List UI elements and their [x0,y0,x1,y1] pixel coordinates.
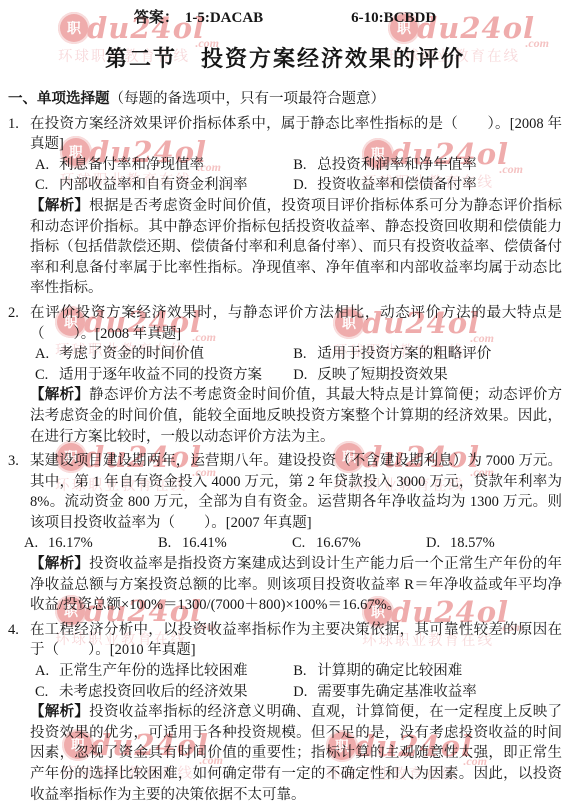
option-text: 未考虑投资回收后的经济效果 [59,684,248,700]
option-key: A. [35,344,59,365]
analysis-text: 根据是否考虑资金时间价值，投资项目评价指标体系可分为静态评价指标和动态评价指标。… [30,198,562,296]
option-text: 适用于逐年收益不同的投资方案 [59,367,262,383]
option-text: 16.17% [48,535,93,551]
answer-key-line: 答案：1-5:DACAB 6-10:BCBDD [8,8,562,28]
option-c: C.16.67% [292,533,426,554]
option-text: 16.41% [182,535,227,551]
analysis-label: 【解析】 [30,556,89,572]
option-key: B. [293,661,317,682]
option-key: C. [35,682,59,703]
option-a: A.正常生产年份的选择比较困难 [35,661,293,682]
analysis-label: 【解析】 [30,198,89,214]
option-key: D. [426,533,450,554]
analysis-paragraph: 【解析】投资收益率是指投资方案建成达到设计生产能力后一个正常生产年份的年净收益总… [30,554,562,616]
option-key: A. [24,533,48,554]
option-text: 计算期的确定比较困难 [317,663,462,679]
options-grid: A.考虑了资金的时间价值 B.适用于投资方案的粗略评价 C.适用于逐年收益不同的… [30,344,562,385]
analysis-label: 【解析】 [30,387,89,403]
section-heading: 一、单项选择题（每题的备选项中，只有一项最符合题意） [8,89,562,110]
option-key: D. [293,175,317,196]
option-key: D. [293,682,317,703]
option-c: C.未考虑投资回收后的经济效果 [35,682,293,703]
options-grid: A.利息备付率和净现值率 B.总投资利润率和净年值率 C.内部收益率和自有资金利… [30,155,562,196]
option-b: B.计算期的确定比较困难 [293,661,562,682]
option-a: A.16.17% [24,533,158,554]
option-text: 投资收益率和偿债备付率 [317,177,477,193]
analysis-paragraph: 【解析】静态评价方法不考虑资金时间价值，其最大特点是计算简便；动态评价方法考虑资… [30,385,562,447]
question-2: 2. 在评价投资方案经济效果时，与静态评价方法相比，动态评价方法的最大特点是（ … [8,303,562,447]
option-key: A. [35,155,59,176]
answer-key-range-1: 1-5:DACAB [185,8,263,28]
option-a: A.利息备付率和净现值率 [35,155,293,176]
option-text: 总投资利润率和净年值率 [317,157,477,173]
option-b: B.16.41% [158,533,292,554]
analysis-paragraph: 【解析】根据是否考虑资金时间价值，投资项目评价指标体系可分为静态评价指标和动态评… [30,196,562,299]
option-a: A.考虑了资金的时间价值 [35,344,293,365]
analysis-text: 静态评价方法不考虑资金时间价值，其最大特点是计算简便；动态评价方法考虑资金的时间… [30,387,562,444]
option-text: 正常生产年份的选择比较困难 [59,663,248,679]
question-stem: 某建设项目建设期两年，运营期八年。建设投资（不含建设期利息）为 7000 万元。… [30,451,562,533]
section-heading-note: （每题的备选项中，只有一项最符合题意） [110,91,386,107]
option-text: 18.57% [450,535,495,551]
option-b: B.适用于投资方案的粗略评价 [293,344,562,365]
analysis-label: 【解析】 [30,704,89,720]
option-c: C.内部收益率和自有资金利润率 [35,175,293,196]
option-key: D. [293,365,317,386]
analysis-paragraph: 【解析】投资收益率指标的经济意义明确、直观，计算简便，在一定程度上反映了投资效果… [30,702,562,805]
question-3: 3. 某建设项目建设期两年，运营期八年。建设投资（不含建设期利息）为 7000 … [8,451,562,616]
option-key: C. [35,175,59,196]
answer-key-range-2: 6-10:BCBDD [351,8,436,28]
analysis-text: 投资收益率是指投资方案建成达到设计生产能力后一个正常生产年份的年净收益总额与方案… [30,556,562,613]
exam-document-page: 答案：1-5:DACAB 6-10:BCBDD 第二节 投资方案经济效果的评价 … [0,0,570,805]
options-grid: A.正常生产年份的选择比较困难 B.计算期的确定比较困难 C.未考虑投资回收后的… [30,661,562,702]
question-number: 2. [8,303,30,447]
question-number: 4. [8,620,30,805]
option-text: 考虑了资金的时间价值 [59,346,204,362]
option-text: 反映了短期投资效果 [317,367,448,383]
option-key: B. [293,344,317,365]
option-d: D.需要事先确定基准收益率 [293,682,562,703]
option-d: D.反映了短期投资效果 [293,365,562,386]
option-text: 适用于投资方案的粗略评价 [317,346,491,362]
answer-key-group-1: 答案：1-5:DACAB [134,8,263,28]
option-d: D.18.57% [426,533,562,554]
answer-key-label: 答案： [134,8,179,28]
option-text: 需要事先确定基准收益率 [317,684,477,700]
option-c: C.适用于逐年收益不同的投资方案 [35,365,293,386]
question-stem: 在投资方案经济效果评价指标体系中，属于静态比率性指标的是（ ）。[2008 年真… [30,114,562,155]
question-stem: 在工程经济分析中，以投资收益率指标作为主要决策依据，其可靠性较差的原因在于（ ）… [30,620,562,661]
option-text: 16.67% [316,535,361,551]
option-key: C. [35,365,59,386]
option-key: B. [158,533,182,554]
question-4: 4. 在工程经济分析中，以投资收益率指标作为主要决策依据，其可靠性较差的原因在于… [8,620,562,805]
option-key: A. [35,661,59,682]
analysis-text: 投资收益率指标的经济意义明确、直观，计算简便，在一定程度上反映了投资效果的优劣，… [30,704,562,802]
question-stem: 在评价投资方案经济效果时，与静态评价方法相比，动态评价方法的最大特点是（ ）。[… [30,303,562,344]
option-key: B. [293,155,317,176]
section-title: 第二节 投资方案经济效果的评价 [8,44,562,74]
option-text: 内部收益率和自有资金利润率 [59,177,248,193]
option-text: 利息备付率和净现值率 [59,157,204,173]
options-row: A.16.17% B.16.41% C.16.67% D.18.57% [24,533,562,554]
option-b: B.总投资利润率和净年值率 [293,155,562,176]
option-key: C. [292,533,316,554]
question-1: 1. 在投资方案经济效果评价指标体系中，属于静态比率性指标的是（ ）。[2008… [8,114,562,299]
option-d: D.投资收益率和偿债备付率 [293,175,562,196]
question-number: 1. [8,114,30,299]
section-heading-bold: 一、单项选择题 [8,91,110,107]
